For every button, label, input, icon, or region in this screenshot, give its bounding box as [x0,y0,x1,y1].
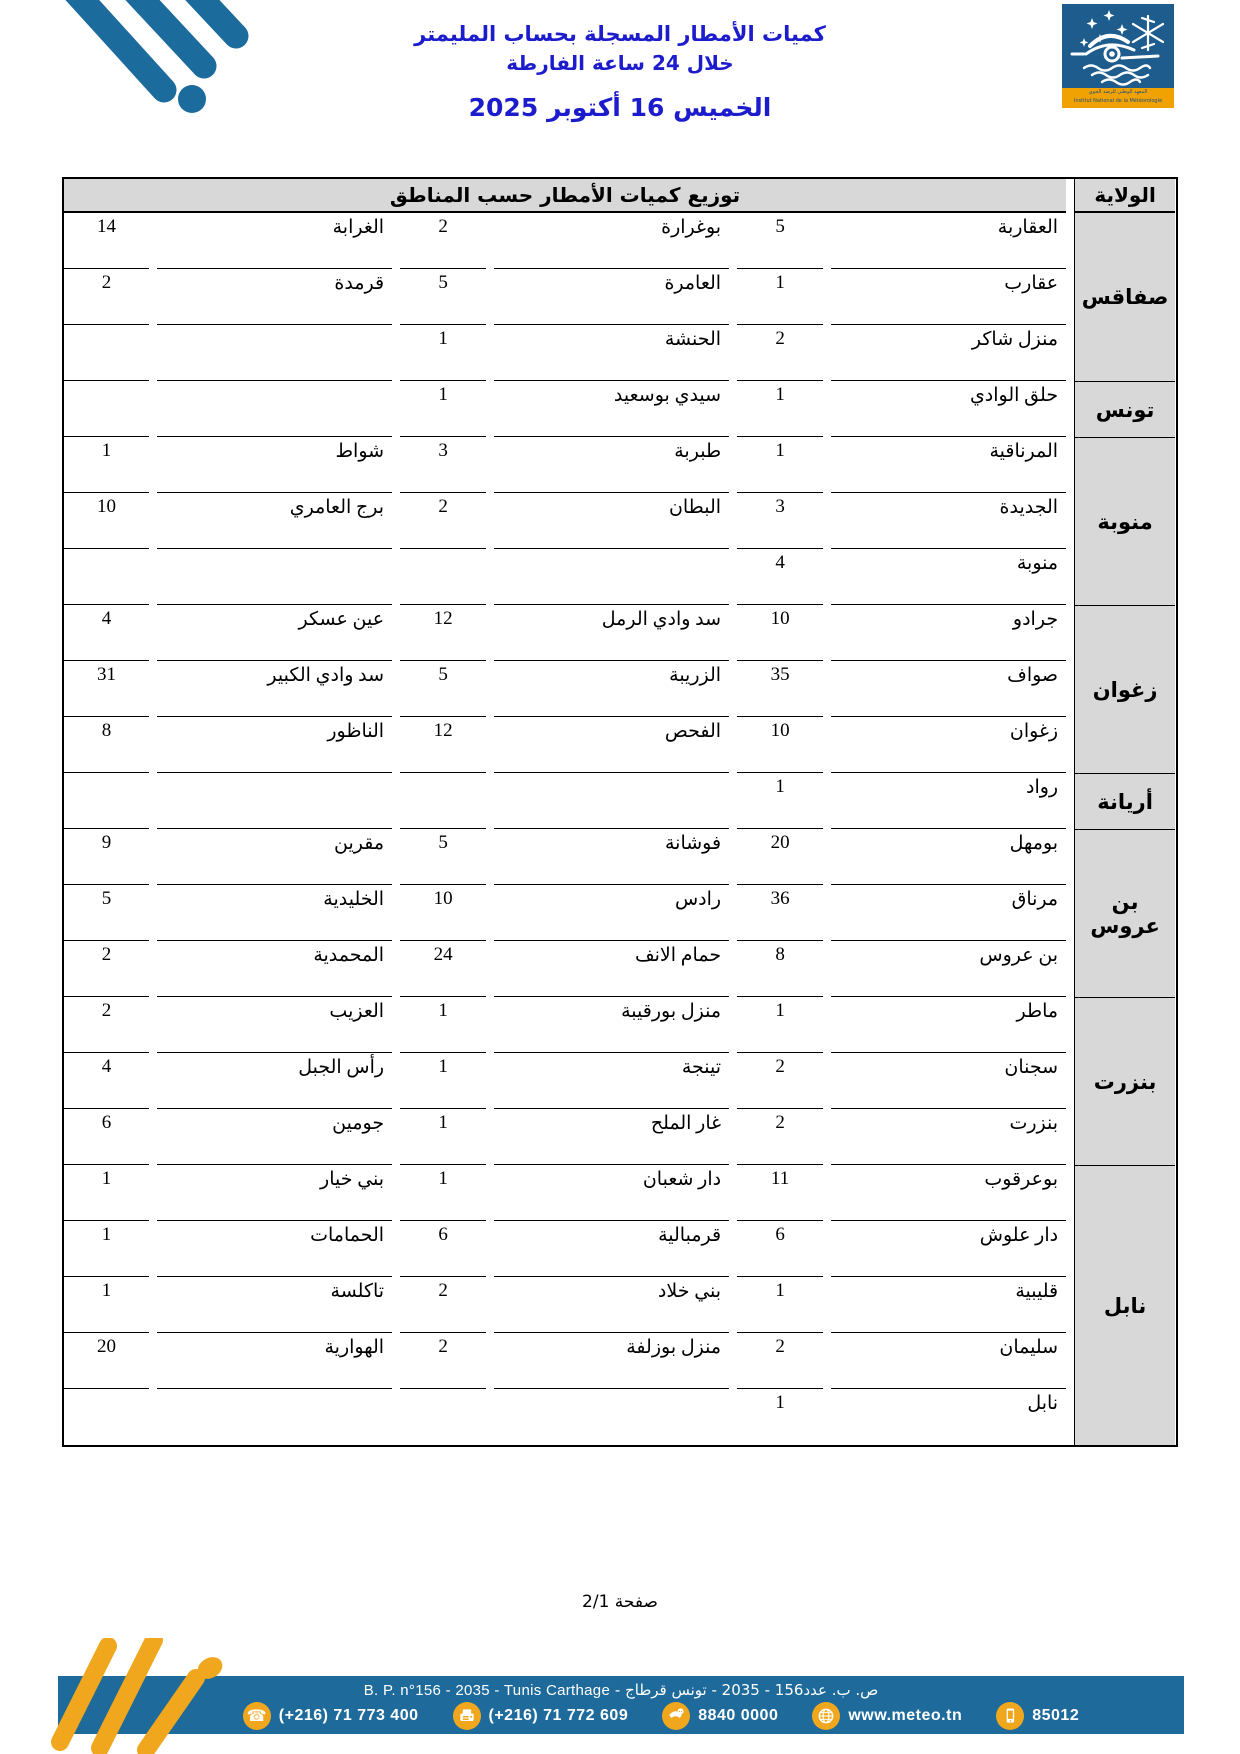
region-name-cell: منزل شاكر [831,325,1066,381]
contact-item: ☎(+216) 71 773 400 [243,1702,419,1730]
rain-value-cell: 1 [400,1053,486,1109]
rain-value-cell: 1 [64,1221,149,1277]
region-name-cell: عقارب [831,269,1066,325]
rain-value-cell: 2 [400,1333,486,1389]
rain-value-cell: 6 [64,1109,149,1165]
region-name-cell: الجديدة [831,493,1066,549]
region-name-cell: عين عسكر [157,605,392,661]
region-name-cell [157,773,392,829]
rain-value-cell: 1 [737,1389,823,1445]
rain-value-cell: 3 [737,493,823,549]
table-row: بن عروسبومهل20فوشانة5مقرين9 [64,829,1175,885]
footer-address-separator: - [615,1681,620,1699]
rain-value-cell: 20 [64,1333,149,1389]
rain-value-cell [64,381,149,437]
rain-value-cell: 2 [737,325,823,381]
rain-value-cell: 31 [64,661,149,717]
rain-value-cell: 1 [737,997,823,1053]
region-name-cell: العامرة [494,269,729,325]
table-row: تونسحلق الوادي1سيدي بوسعيد1 [64,381,1175,437]
region-name-cell: المحمدية [157,941,392,997]
region-name-cell: سد وادي الرمل [494,605,729,661]
rain-value-cell: 4 [64,1053,149,1109]
table-row: سجنان2تينجة1رأس الجبل4 [64,1053,1175,1109]
region-name-cell: سد وادي الكبير [157,661,392,717]
region-name-cell: قليبية [831,1277,1066,1333]
rainfall-report-page: كميات الأمطار المسجلة بحساب المليمتر خلا… [0,0,1240,1754]
region-name-cell: بن عروس [831,941,1066,997]
region-name-cell: دار علوش [831,1221,1066,1277]
inm-band-french-text: Institut National de la Météorologie [1062,97,1174,106]
contact-text: (+216) 71 773 400 [279,1707,419,1725]
region-name-cell: جرادو [831,605,1066,661]
rain-value-cell: 1 [400,325,486,381]
report-titles: كميات الأمطار المسجلة بحساب المليمتر خلا… [0,20,1240,122]
region-name-cell: تينجة [494,1053,729,1109]
region-name-cell: سيدي بوسعيد [494,381,729,437]
region-name-cell [157,1389,392,1445]
region-name-cell [157,549,392,605]
region-name-cell: الزريبة [494,661,729,717]
table-row: دار علوش6قرمبالية6الحمامات1 [64,1221,1175,1277]
rainfall-table: الولاية توزيع كميات الأمطار حسب المناطق … [62,177,1178,1447]
rain-value-cell: 12 [400,717,486,773]
rain-value-cell: 9 [64,829,149,885]
rain-value-cell: 2 [64,269,149,325]
inm-logo-band: المعهد الوطني للرصد الجوي Institut Natio… [1062,88,1174,108]
table-row: صفاقسالعقاربة5بوغرارة2الغرابة14 [64,213,1175,269]
region-name-cell: المرناقية [831,437,1066,493]
region-name-cell: سليمان [831,1333,1066,1389]
table-row: صواف35الزريبة5سد وادي الكبير31 [64,661,1175,717]
region-name-cell: مقرين [157,829,392,885]
table-row: قليبية1بني خلاد2تاكلسة1 [64,1277,1175,1333]
rain-value-cell: 2 [737,1053,823,1109]
contact-text: 8840 0000 [698,1707,778,1725]
region-name-cell: الحمامات [157,1221,392,1277]
rain-value-cell [64,549,149,605]
region-name-cell: حلق الوادي [831,381,1066,437]
region-name-cell: منوبة [831,549,1066,605]
handset-icon [662,1702,690,1730]
region-name-cell: نابل [831,1389,1066,1445]
table-row: مرناق36رادس10الخليدية5 [64,885,1175,941]
rain-value-cell: 5 [64,885,149,941]
rain-value-cell: 1 [737,381,823,437]
region-name-cell: شواط [157,437,392,493]
rain-value-cell [64,1389,149,1445]
rain-value-cell: 2 [64,997,149,1053]
region-name-cell: منزل بوزلفة [494,1333,729,1389]
rain-value-cell: 1 [400,997,486,1053]
table-row: منوبةالمرناقية1طبربة3شواط1 [64,437,1175,493]
region-name-cell: غار الملح [494,1109,729,1165]
region-name-cell: دار شعبان [494,1165,729,1221]
wilaya-cell: أريانة [1074,773,1175,829]
rain-value-cell: 5 [400,269,486,325]
region-name-cell: ماطر [831,997,1066,1053]
rain-value-cell: 2 [400,1277,486,1333]
table-row: بنزرتماطر1منزل بورقيبة1العزيب2 [64,997,1175,1053]
rain-value-cell: 2 [64,941,149,997]
rain-value-cell [64,773,149,829]
footer-address-arabic: ص. ب. عدد156 - 2035 - تونس قرطاج [625,1681,878,1699]
table-row: زغوانجرادو10سد وادي الرمل12عين عسكر4 [64,605,1175,661]
fax-icon [453,1702,481,1730]
region-name-cell: العزيب [157,997,392,1053]
rain-value-cell: 10 [737,605,823,661]
rain-value-cell: 1 [400,1109,486,1165]
rain-value-cell: 1 [400,381,486,437]
table-row: منزل شاكر2الحنشة1 [64,325,1175,381]
region-name-cell [494,549,729,605]
region-name-cell: صواف [831,661,1066,717]
rain-value-cell: 35 [737,661,823,717]
rain-value-cell: 1 [737,1277,823,1333]
region-name-cell: البطان [494,493,729,549]
rain-value-cell: 20 [737,829,823,885]
report-title-line1: كميات الأمطار المسجلة بحساب المليمتر [0,20,1240,49]
table-row: نابل1 [64,1389,1175,1445]
table-row: أريانةرواد1 [64,773,1175,829]
region-name-cell: بومهل [831,829,1066,885]
rain-value-cell: 5 [737,213,823,269]
region-name-cell: سجنان [831,1053,1066,1109]
region-name-cell: قرمدة [157,269,392,325]
region-name-cell: رواد [831,773,1066,829]
rain-value-cell: 10 [400,885,486,941]
wilaya-cell: نابل [1074,1165,1175,1445]
region-name-cell: بوغرارة [494,213,729,269]
wilaya-cell: بنزرت [1074,997,1175,1165]
rain-value-cell: 8 [64,717,149,773]
region-name-cell: الحنشة [494,325,729,381]
rain-value-cell: 4 [64,605,149,661]
rain-value-cell: 5 [400,829,486,885]
inm-logo-icon: المعهد الوطني للرصد الجوي Institut Natio… [1062,4,1174,108]
rain-value-cell: 2 [737,1333,823,1389]
contact-text: 85012 [1032,1707,1079,1725]
mobile-icon [996,1702,1024,1730]
region-name-cell: مرناق [831,885,1066,941]
wilaya-cell: تونس [1074,381,1175,437]
rain-value-cell: 2 [737,1109,823,1165]
wilaya-cell: منوبة [1074,437,1175,605]
region-name-cell: بنزرت [831,1109,1066,1165]
footer-stripes-icon [48,1638,238,1754]
region-name-cell: بوعرقوب [831,1165,1066,1221]
wilaya-cell: صفاقس [1074,213,1175,381]
contact-text: www.meteo.tn [848,1707,962,1725]
region-name-cell: قرمبالية [494,1221,729,1277]
region-name-cell: الهوارية [157,1333,392,1389]
region-name-cell [157,325,392,381]
rain-value-cell: 8 [737,941,823,997]
contact-item: (+216) 71 772 609 [453,1702,629,1730]
region-name-cell [494,1389,729,1445]
rain-value-cell: 2 [400,213,486,269]
rain-value-cell: 14 [64,213,149,269]
wilaya-column-header: الولاية [1074,179,1175,213]
rain-value-cell: 6 [400,1221,486,1277]
rain-value-cell [400,549,486,605]
table-row: بنزرت2غار الملح1جومين6 [64,1109,1175,1165]
region-name-cell: بني خيار [157,1165,392,1221]
wilaya-cell: بن عروس [1074,829,1175,997]
table-row: منوبة4 [64,549,1175,605]
telephone-icon: ☎ [243,1702,271,1730]
table-row: نابلبوعرقوب11دار شعبان1بني خيار1 [64,1165,1175,1221]
rain-value-cell: 12 [400,605,486,661]
table-row: عقارب1العامرة5قرمدة2 [64,269,1175,325]
region-name-cell [494,773,729,829]
table-row: بن عروس8حمام الانف24المحمدية2 [64,941,1175,997]
region-name-cell: تاكلسة [157,1277,392,1333]
distribution-column-header: توزيع كميات الأمطار حسب المناطق [64,179,1066,213]
footer-address-french: B. P. n°156 - 2035 - Tunis Carthage [364,1682,610,1699]
region-name-cell: الغرابة [157,213,392,269]
rain-value-cell: 6 [737,1221,823,1277]
contact-item: 85012 [996,1702,1079,1730]
region-name-cell: العقاربة [831,213,1066,269]
rain-value-cell: 36 [737,885,823,941]
rain-value-cell: 3 [400,437,486,493]
rain-value-cell: 5 [400,661,486,717]
rain-value-cell [400,773,486,829]
contact-item: 8840 0000 [662,1702,778,1730]
region-name-cell: الناظور [157,717,392,773]
rain-value-cell: 1 [64,1165,149,1221]
report-date: الخميس 16 أكتوبر 2025 [0,93,1240,122]
table-row: الجديدة3البطان2برج العامري10 [64,493,1175,549]
rain-value-cell: 1 [737,437,823,493]
inm-band-arabic-text: المعهد الوطني للرصد الجوي [1062,88,1174,97]
rain-value-cell: 24 [400,941,486,997]
table-row: سليمان2منزل بوزلفة2الهوارية20 [64,1333,1175,1389]
contact-item: www.meteo.tn [812,1702,962,1730]
rain-value-cell: 10 [737,717,823,773]
rain-value-cell: 1 [400,1165,486,1221]
rain-value-cell: 10 [64,493,149,549]
region-name-cell: برج العامري [157,493,392,549]
region-name-cell: الفحص [494,717,729,773]
region-name-cell: رأس الجبل [157,1053,392,1109]
region-name-cell: بني خلاد [494,1277,729,1333]
contact-text: (+216) 71 772 609 [489,1707,629,1725]
table-header-row: الولاية توزيع كميات الأمطار حسب المناطق [64,179,1175,213]
rain-value-cell: 2 [400,493,486,549]
region-name-cell: طبربة [494,437,729,493]
page-number: صفحة 2/1 [0,1592,1240,1612]
region-name-cell: منزل بورقيبة [494,997,729,1053]
region-name-cell: جومين [157,1109,392,1165]
rain-value-cell: 1 [737,269,823,325]
rain-value-cell: 1 [64,437,149,493]
rain-value-cell [64,325,149,381]
table-row: زغوان10الفحص12الناظور8 [64,717,1175,773]
rain-value-cell: 1 [737,773,823,829]
region-name-cell: فوشانة [494,829,729,885]
rain-value-cell: 4 [737,549,823,605]
rain-value-cell: 11 [737,1165,823,1221]
wilaya-cell: زغوان [1074,605,1175,773]
report-title-line2: خلال 24 ساعة الفارطة [0,49,1240,77]
region-name-cell: الخليدية [157,885,392,941]
globe-icon [812,1702,840,1730]
region-name-cell [157,381,392,437]
footer-contacts: ☎(+216) 71 773 400(+216) 71 772 6098840 … [148,1702,1174,1730]
region-name-cell: زغوان [831,717,1066,773]
rain-value-cell: 1 [64,1277,149,1333]
rain-value-cell [400,1389,486,1445]
region-name-cell: رادس [494,885,729,941]
region-name-cell: حمام الانف [494,941,729,997]
